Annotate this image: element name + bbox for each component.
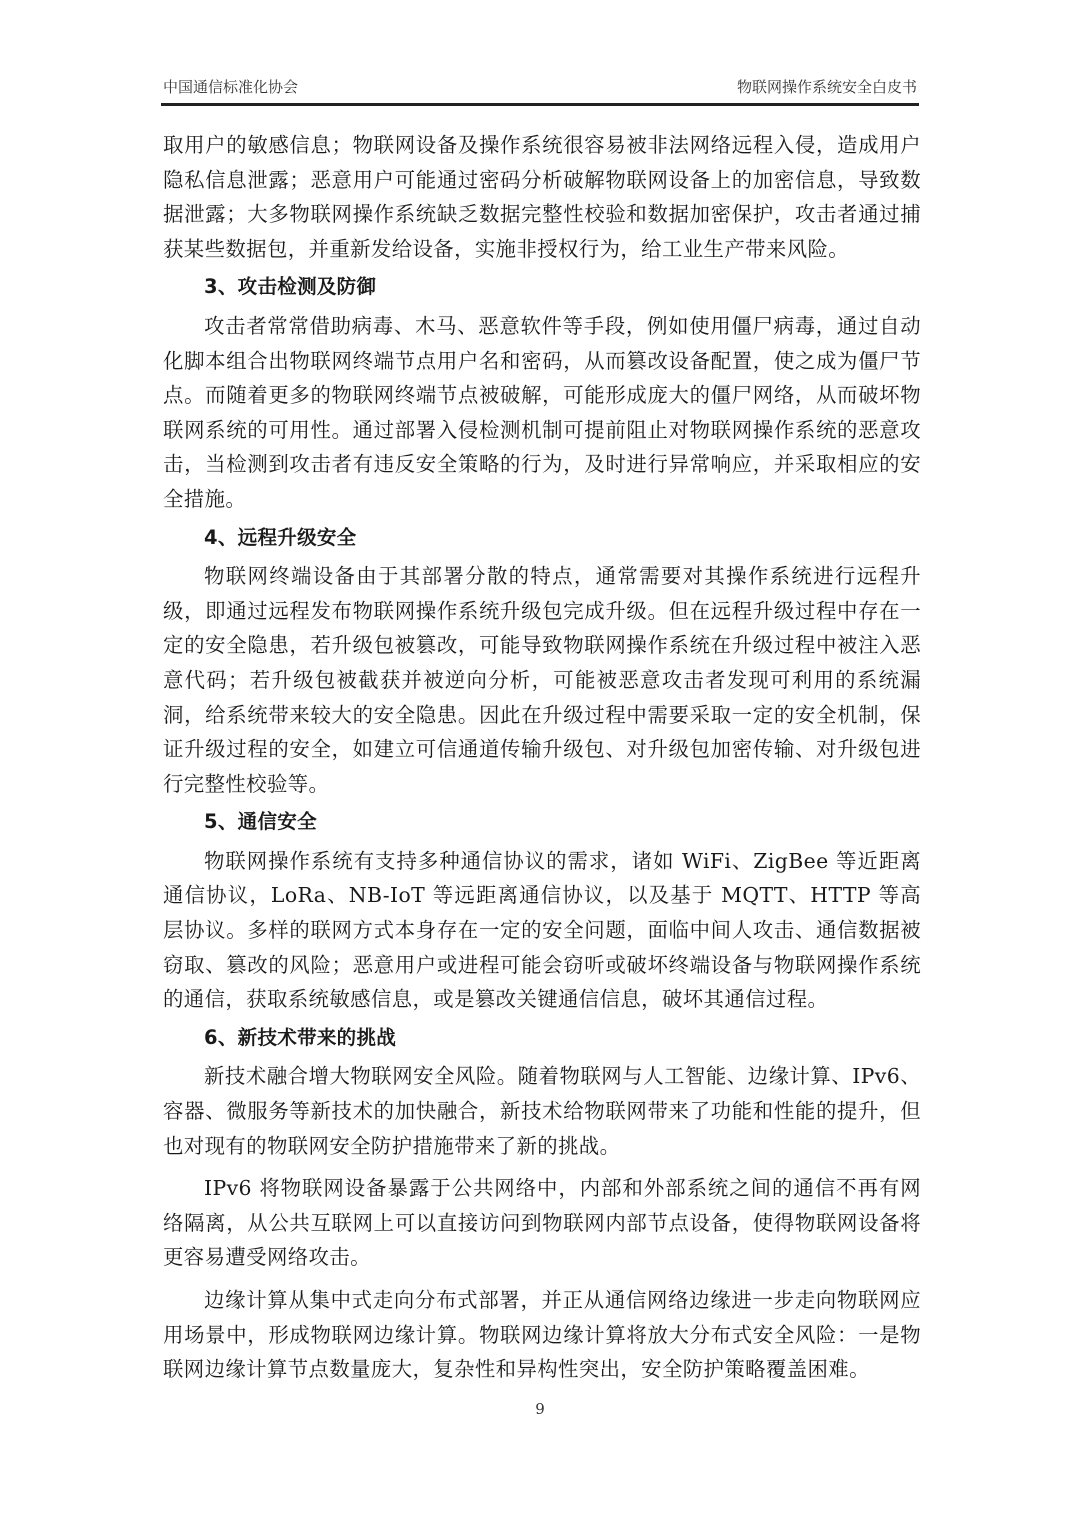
page-number: 9	[0, 1400, 1080, 1418]
page-header: 中国通信标准化协会 物联网操作系统安全白皮书	[163, 76, 917, 96]
section-heading-new-tech-challenges: 6、新技术带来的挑战	[163, 1021, 921, 1056]
section-heading-communication-security: 5、通信安全	[163, 805, 921, 840]
spacer	[163, 1163, 921, 1171]
section-paragraph-remote-upgrade: 物联网终端设备由于其部署分散的特点，通常需要对其操作系统进行远程升级，即通过远程…	[163, 559, 921, 801]
section-paragraph-attack-detection: 攻击者常常借助病毒、木马、恶意软件等手段，例如使用僵尸病毒，通过自动化脚本组合出…	[163, 309, 921, 517]
header-divider	[161, 103, 919, 106]
spacer	[163, 1275, 921, 1283]
header-organization: 中国通信标准化协会	[163, 76, 298, 97]
header-document-title: 物联网操作系统安全白皮书	[737, 76, 917, 97]
intro-paragraph: 取用户的敏感信息；物联网设备及操作系统很容易被非法网络远程入侵，造成用户隐私信息…	[163, 128, 921, 266]
section-paragraph-communication-security: 物联网操作系统有支持多种通信协议的需求，诸如 WiFi、ZigBee 等近距离通…	[163, 844, 921, 1017]
section-heading-remote-upgrade: 4、远程升级安全	[163, 521, 921, 556]
page-body: 取用户的敏感信息；物联网设备及操作系统很容易被非法网络远程入侵，造成用户隐私信息…	[163, 128, 921, 1387]
section-heading-attack-detection: 3、攻击检测及防御	[163, 270, 921, 305]
section-paragraph-new-tech-ipv6: IPv6 将物联网设备暴露于公共网络中，内部和外部系统之间的通信不再有网络隔离，…	[163, 1171, 921, 1275]
section-paragraph-new-tech-edge: 边缘计算从集中式走向分布式部署，并正从通信网络边缘进一步走向物联网应用场景中，形…	[163, 1283, 921, 1387]
section-paragraph-new-tech-1: 新技术融合增大物联网安全风险。随着物联网与人工智能、边缘计算、IPv6、容器、微…	[163, 1059, 921, 1163]
